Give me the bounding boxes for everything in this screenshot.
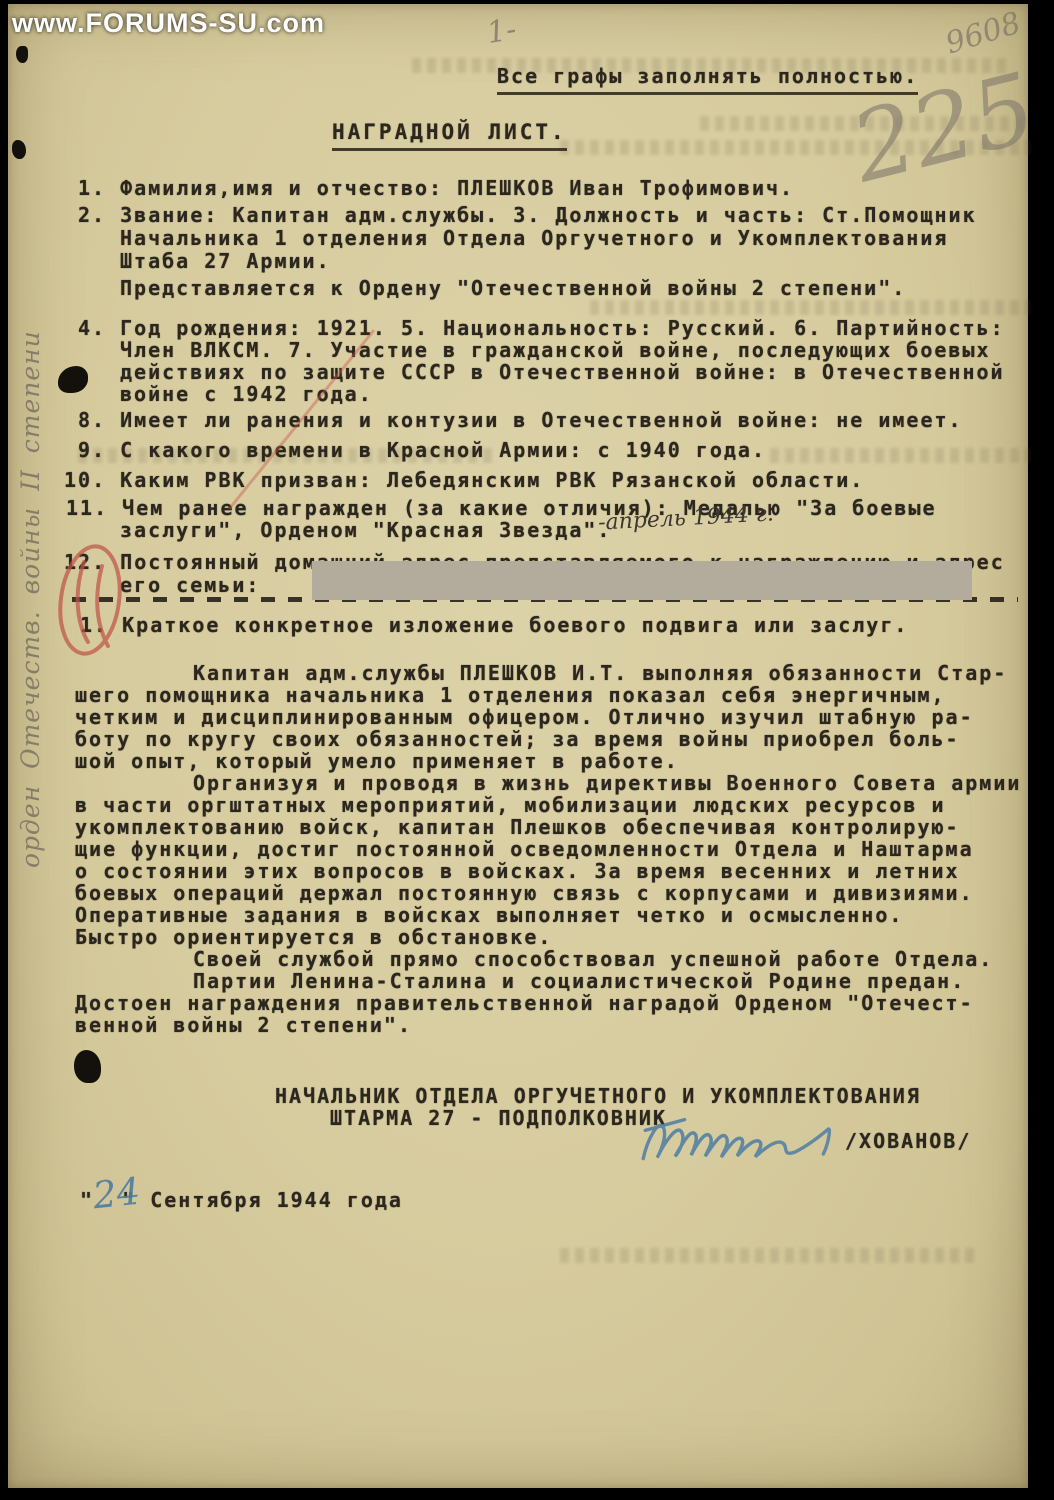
paper-hole	[12, 140, 26, 159]
handwritten-day: 24	[91, 1170, 142, 1218]
form-line: Член ВЛКСМ. 7. Участие в гражданской вой…	[120, 338, 991, 362]
scanned-document: www.FORUMS-SU.com 1- 9608 225 орден Отеч…	[0, 0, 1054, 1500]
red-pencil-mark	[52, 540, 142, 660]
pencil-margin-note: орден Отечеств. войны II степени	[16, 293, 45, 868]
citation-line: в части оргштатных мероприятий, мобилиза…	[75, 793, 946, 817]
form-line: Штаба 27 Армии.	[120, 249, 331, 273]
form-line: 10. Каким РВК призван: Лебедянским РВК Р…	[64, 468, 864, 492]
bleed-through	[590, 300, 1030, 315]
citation-line: шой опыт, который умело применяет в рабо…	[75, 749, 679, 773]
form-line: Начальника 1 отделения Отдела Оргучетног…	[120, 226, 948, 250]
watermark: www.FORUMS-SU.com	[12, 8, 325, 39]
form-line: войне с 1942 года.	[120, 382, 373, 406]
citation-line: шего помощника начальника 1 отделения по…	[75, 683, 946, 707]
redaction-box	[312, 561, 972, 600]
pencil-page-number: 1-	[484, 12, 518, 51]
citation-line: Быстро ориентируется в обстановке.	[75, 925, 552, 949]
bleed-through	[560, 1248, 980, 1263]
form-line: 8. Имеет ли ранения и контузии в Отечест…	[78, 408, 963, 432]
form-line: заслуги", Орденом "Красная Звезда".	[120, 518, 611, 542]
citation-line: Организуя и проводя в жизнь директивы Во…	[193, 771, 1021, 795]
form-line: 2. Звание: Капитан адм.службы. 3. Должно…	[78, 203, 977, 227]
citation-line: боту по кругу своих обязанностей; за вре…	[75, 727, 960, 751]
form-line: 4. Год рождения: 1921. 5. Национальность…	[78, 316, 1005, 340]
citation-line: укомплектованию войск, капитан Плешков о…	[75, 815, 960, 839]
form-line: 9. С какого времени в Красной Армии: с 1…	[78, 438, 766, 462]
page-title: НАГРАДНОЙ ЛИСТ.	[332, 120, 567, 151]
citation-line: Партии Ленина-Сталина и социалистической…	[193, 969, 965, 993]
citation-line: четким и дисциплинированным офицером. От…	[75, 705, 974, 729]
citation-line: Достоен награждения правительственной на…	[75, 991, 974, 1015]
signoff-title-line: ШТАРМА 27 - ПОДПОЛКОВНИК	[330, 1106, 667, 1130]
paper-hole	[16, 46, 28, 63]
form-line: 1. Фамилия,имя и отчество: ПЛЕШКОВ Иван …	[78, 176, 794, 200]
citation-line: Оперативные задания в войсках выполняет …	[75, 903, 903, 927]
paper-hole	[74, 1050, 101, 1083]
citation-line: венной войны 2 степени".	[75, 1013, 412, 1037]
form-line: действиях по защите СССР в Отечественной…	[120, 360, 1005, 384]
section-heading: 1. Краткое конкретное изложение боевого …	[80, 613, 908, 637]
header-instruction: Все графы заполнять полностью.	[497, 64, 918, 95]
citation-line: Капитан адм.службы ПЛЕШКОВ И.Т. выполняя…	[193, 661, 1007, 685]
citation-line: щие функции, достиг постоянной осведомле…	[75, 837, 974, 861]
citation-line: Своей службой прямо способствовал успешн…	[193, 947, 993, 971]
citation-line: боевых операций держал постоянную связь …	[75, 881, 974, 905]
form-line: 11. Чем ранее награжден (за какие отличи…	[66, 496, 937, 520]
form-line: Представляется к Ордену "Отечественной в…	[120, 276, 906, 300]
signoff-name: /ХОВАНОВ/	[845, 1129, 971, 1153]
citation-line: о состоянии этих вопросов в войсках. За …	[75, 859, 960, 883]
bleed-through	[770, 448, 1030, 463]
